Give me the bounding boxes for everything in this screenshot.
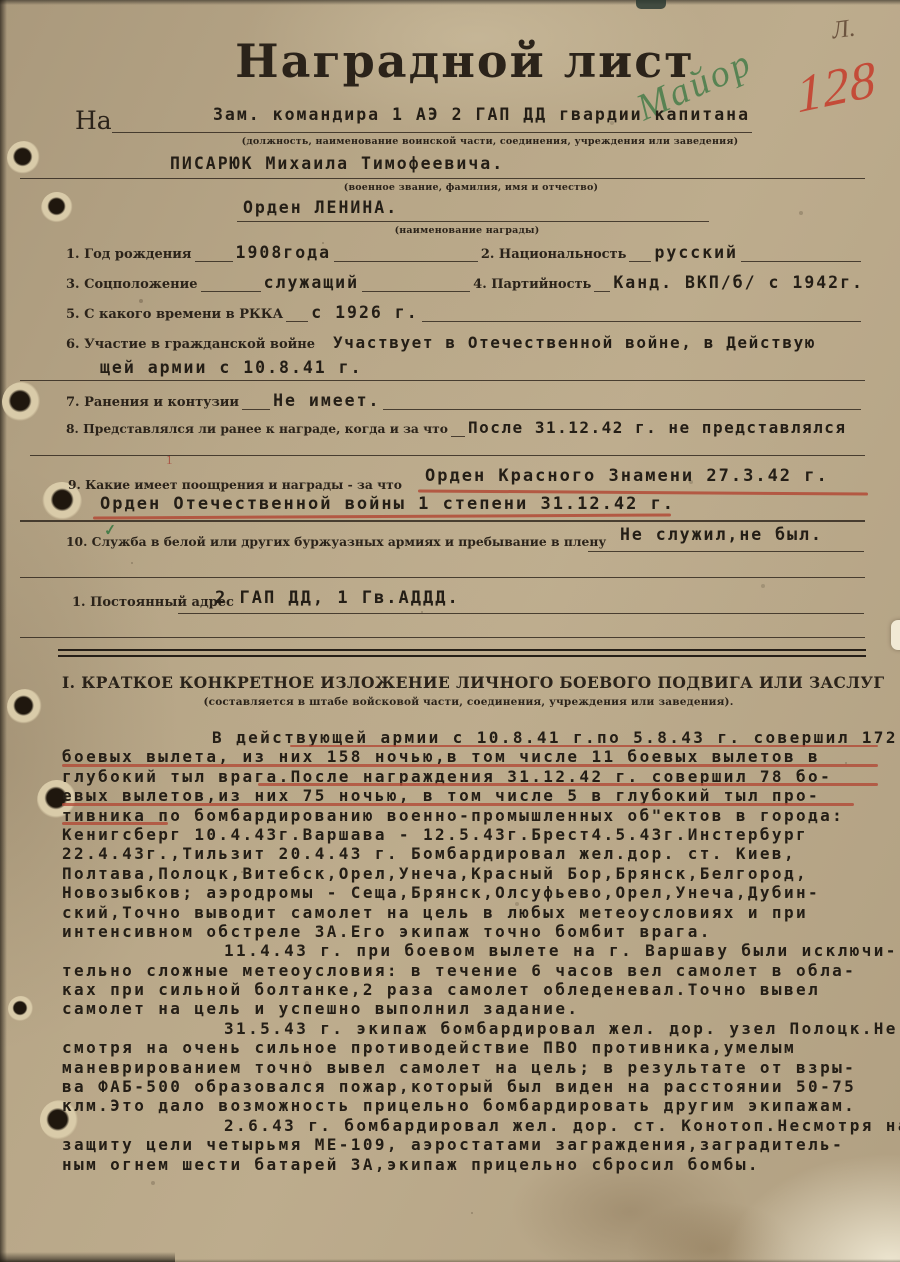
body-line: глубокий тыл врага.После награждения 31.… <box>62 767 878 786</box>
ruled-line <box>20 520 865 522</box>
body-line: ва ФАБ-500 образовался пожар,который был… <box>62 1077 878 1096</box>
section-divider <box>58 649 866 657</box>
name-value: ПИСАРЮК Михаила Тимофеевича. <box>170 154 504 173</box>
field-value: 1908года <box>236 243 331 262</box>
field-value: После 31.12.42 г. не представлялся <box>468 418 847 437</box>
body-line: маневрированием точно вывел самолет на ц… <box>62 1058 878 1077</box>
ruled-line <box>20 178 865 179</box>
field-label: 6. Участие в гражданской войне <box>66 337 315 352</box>
ruled-line <box>588 551 864 552</box>
field-value: Не имеет. <box>273 391 380 410</box>
body-line: В действующей армии с 10.8.41 г.по 5.8.4… <box>62 728 878 747</box>
name-caption: (военное звание, фамилия, имя и отчество… <box>171 182 771 193</box>
ruled-line <box>112 132 752 133</box>
punch-hole <box>8 996 34 1022</box>
body-line: смотря на очень сильное противодействие … <box>62 1038 878 1057</box>
field-row-5: 5. С какого времени в РККА с 1926 г. <box>66 303 864 322</box>
body-line: 11.4.43 г. при боевом вылете на г. Варша… <box>62 941 878 960</box>
scan-edge-top <box>0 0 900 5</box>
ruled-line <box>30 455 865 456</box>
field-label: 1. Постоянный адрес <box>72 595 234 610</box>
ruled-line <box>178 613 864 614</box>
field-label: 10. Служба в белой или других буржуазных… <box>66 534 606 549</box>
body-line-text: Полтава,Полоцк,Витебск,Орел,Унеча,Красны… <box>62 864 808 883</box>
position-caption: (должность, наименование воинской части,… <box>170 136 810 147</box>
body-line-text: ва ФАБ-500 образовался пожар,который был… <box>62 1077 856 1096</box>
field-value-continued: щей армии с 10.8.41 г. <box>100 358 363 377</box>
ruled-line <box>20 637 865 638</box>
award-value: Орден ЛЕНИНА. <box>243 198 398 217</box>
red-underline <box>93 513 671 519</box>
body-line-text: ках при сильной болтанке,2 раза самолет … <box>62 980 820 999</box>
field-label: 7. Ранения и контузии <box>66 395 239 410</box>
page-title: Наградной лист <box>30 34 900 88</box>
ruled-line <box>237 221 709 222</box>
body-line: тивника по бомбардированию военно-промыш… <box>62 806 878 825</box>
field-label: 9. Какие имеет поощрения и награды - за … <box>68 477 402 492</box>
body-line: Новозыбков; аэродромы - Сеща,Брянск,Олсу… <box>62 883 878 902</box>
award-caption: (наименование награды) <box>267 225 667 236</box>
field-label: 5. С какого времени в РККА <box>66 307 283 322</box>
body-line-text: тельно сложные метеоусловия: в течение 6… <box>62 961 856 980</box>
field-label: 3. Соцположение <box>66 277 198 292</box>
field-value: русский <box>654 243 738 262</box>
body-line: клм.Это дало возможность прицельно бомба… <box>62 1096 878 1115</box>
field-label: 2. Национальность <box>481 247 627 262</box>
body-line: Полтава,Полоцк,Витебск,Орел,Унеча,Красны… <box>62 864 878 883</box>
award-sheet-document: Л. 128 Майор ✓ 1 Наградной лист На Зам. … <box>0 0 900 1262</box>
ruled-line <box>20 577 865 578</box>
field-label: 1. Год рождения <box>66 247 192 262</box>
field-label: 8. Представлялся ли ранее к награде, ког… <box>66 421 448 436</box>
punch-hole <box>35 186 79 230</box>
body-line-text: самолет на цель и успешно выполнил задан… <box>62 999 579 1018</box>
field-value: Канд. ВКП/б/ с 1942г. <box>613 273 864 292</box>
body-line: ках при сильной болтанке,2 раза самолет … <box>62 980 878 999</box>
field-row-6: 6. Участие в гражданской войне Участвует… <box>66 333 864 352</box>
punch-hole <box>7 141 41 175</box>
field-value: с 1926 г. <box>311 303 418 322</box>
section-caption: (составляется в штабе войсковой части, с… <box>62 696 875 708</box>
body-line: самолет на цель и успешно выполнил задан… <box>62 999 878 1018</box>
body-line: ным огнем шести батарей ЗА,экипаж прицел… <box>62 1155 878 1174</box>
scan-blob-top <box>636 0 666 9</box>
section-heading: I. КРАТКОЕ КОНКРЕТНОЕ ИЗЛОЖЕНИЕ ЛИЧНОГО … <box>62 673 875 692</box>
body-line-text: Новозыбков; аэродромы - Сеща,Брянск,Олсу… <box>62 883 820 902</box>
body-line-text: защиту цели четырьмя МЕ-109, аэростатами… <box>62 1135 844 1154</box>
body-line-text: клм.Это дало возможность прицельно бомба… <box>62 1096 856 1115</box>
body-line: 31.5.43 г. экипаж бомбардировал жел. дор… <box>62 1019 878 1038</box>
paper-speckles <box>0 0 2 2</box>
field-value-continued: Орден Отечественной войны 1 степени 31.1… <box>100 494 675 514</box>
body-line: защиту цели четырьмя МЕ-109, аэростатами… <box>62 1135 878 1154</box>
body-line-text: Кенигсберг 10.4.43г.Варшава - 12.5.43г.Б… <box>62 825 808 844</box>
body-line-text: 2.6.43 г. бомбардировал жел. дор. ст. Ко… <box>224 1116 900 1135</box>
punch-hole <box>7 689 43 725</box>
body-line-text: смотря на очень сильное противодействие … <box>62 1038 796 1057</box>
body-line-text: маневрированием точно вывел самолет на ц… <box>62 1058 856 1077</box>
position-value: Зам. командира 1 АЭ 2 ГАП ДД гвардии кап… <box>213 105 750 124</box>
field-row-1-2: 1. Год рождения 1908года 2. Национальнос… <box>66 243 864 262</box>
body-line: евых вылетов,из них 75 ночью, в том числ… <box>62 786 878 805</box>
body-line: Кенигсберг 10.4.43г.Варшава - 12.5.43г.Б… <box>62 825 878 844</box>
field-value: Орден Красного Знамени 27.3.42 г. <box>425 466 829 486</box>
scan-edge-left <box>0 0 7 1262</box>
paper-tear-right <box>891 620 900 650</box>
body-line: 2.6.43 г. бомбардировал жел. дор. ст. Ко… <box>62 1116 878 1135</box>
ruled-line <box>20 380 865 381</box>
body-line: ский,Точно выводит самолет на цель в люб… <box>62 903 878 922</box>
body-line-text: интенсивном обстреле ЗА.Его экипаж точно… <box>62 922 712 941</box>
scan-edge-bottom-left <box>0 1252 175 1262</box>
body-line: тельно сложные метеоусловия: в течение 6… <box>62 961 878 980</box>
field-row-7: 7. Ранения и контузии Не имеет. <box>66 391 864 410</box>
body-line-text: 31.5.43 г. экипаж бомбардировал жел. дор… <box>224 1019 900 1038</box>
field-value: Не служил,не был. <box>620 525 823 544</box>
body-line: боевых вылета, из них 158 ночью,в том чи… <box>62 747 878 766</box>
body-line-text: ным огнем шести батарей ЗА,экипаж прицел… <box>62 1155 760 1174</box>
body-line-text: тивника по бомбардированию военно-промыш… <box>62 806 844 825</box>
body-line: интенсивном обстреле ЗА.Его экипаж точно… <box>62 922 878 941</box>
na-label: На <box>75 106 112 135</box>
field-row-8: 8. Представлялся ли ранее к награде, ког… <box>66 418 864 437</box>
field-value: служащий <box>264 273 359 292</box>
field-row-3-4: 3. Соцположение служащий 4. Партийность … <box>66 273 864 292</box>
field-value: Участвует в Отечественной войне, в Дейст… <box>333 333 816 352</box>
field-label: 4. Партийность <box>473 277 591 292</box>
field-value: 2 ГАП ДД, 1 Гв.АДДД. <box>215 588 460 608</box>
body-text: В действующей армии с 10.8.41 г.по 5.8.4… <box>62 728 878 1174</box>
body-line-text: 22.4.43г.,Тильзит 20.4.43 г. Бомбардиров… <box>62 844 796 863</box>
body-line-text: 11.4.43 г. при боевом вылете на г. Варша… <box>224 941 898 960</box>
body-line-text: ский,Точно выводит самолет на цель в люб… <box>62 903 808 922</box>
body-line: 22.4.43г.,Тильзит 20.4.43 г. Бомбардиров… <box>62 844 878 863</box>
